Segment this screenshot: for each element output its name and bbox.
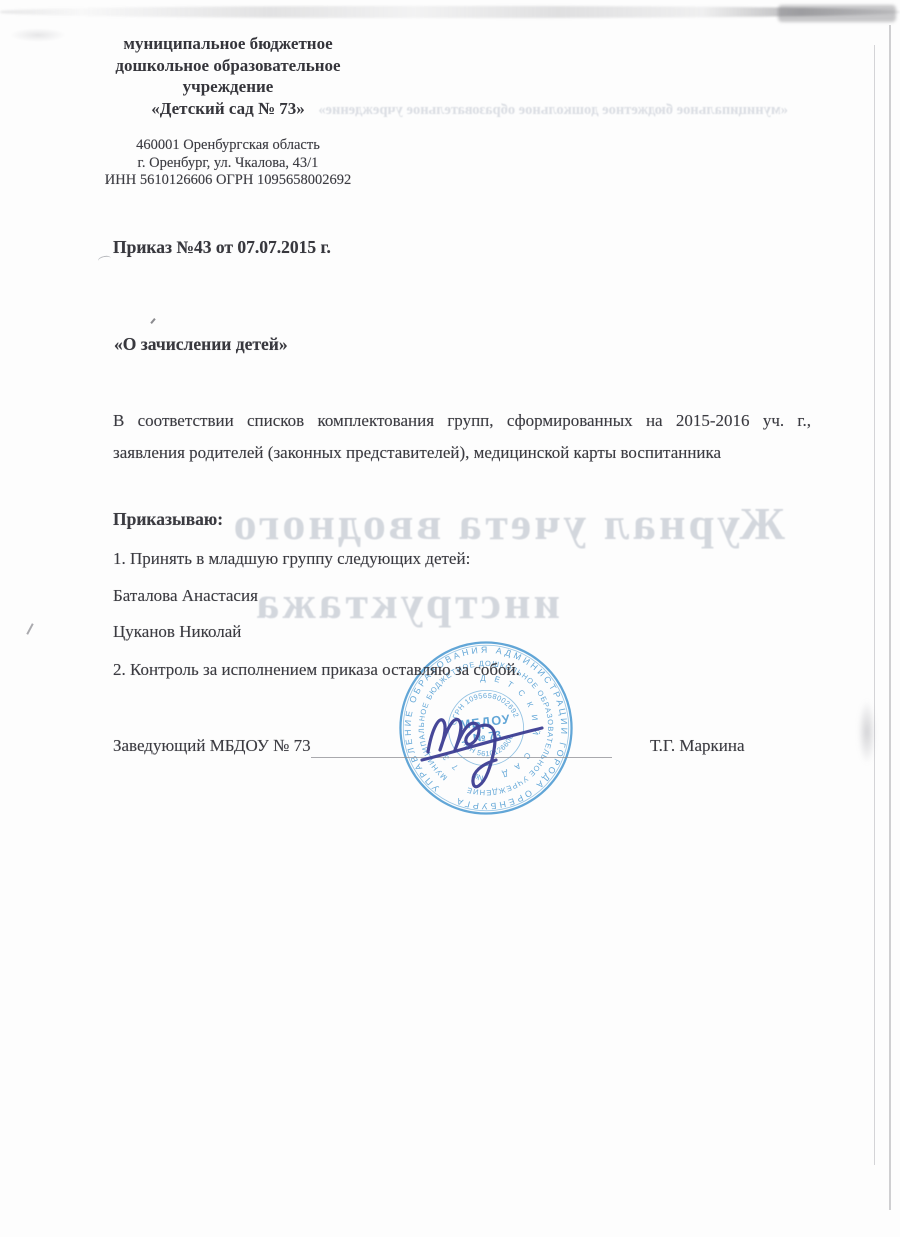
ink-noise-mark <box>26 623 33 635</box>
signatory-position: Заведующий МБДОУ № 73 <box>113 736 311 756</box>
signatory-name: Т.Г. Маркина <box>650 736 745 756</box>
signature-cross-stroke <box>422 728 542 760</box>
handwritten-signature <box>410 672 560 807</box>
child-name: Баталова Анастасия <box>113 586 258 606</box>
scan-top-right-artifact <box>778 5 896 22</box>
scan-top-edge-artifact <box>0 6 900 18</box>
bleed-through-title-line1: Журнал учета вводного <box>215 497 785 550</box>
directive-heading: Приказываю: <box>113 509 223 530</box>
ink-noise-mark <box>150 318 155 324</box>
paper-fold-line <box>874 45 875 1165</box>
ink-noise-mark <box>97 255 111 265</box>
bleed-through-title-line2: инструктажа <box>215 576 560 629</box>
org-name-line: дошкольное образовательное <box>88 55 368 77</box>
org-address-line: г. Оренбург, ул. Чкалова, 43/1 <box>63 155 393 173</box>
order-subject: «О зачислении детей» <box>114 334 288 355</box>
child-name: Цуканов Николай <box>113 622 241 642</box>
org-name-line: учреждение <box>88 76 368 98</box>
org-name-line: муниципальное бюджетное <box>88 33 368 55</box>
order-preamble: В соответствии списков комплектования гр… <box>113 405 811 469</box>
order-item-1: 1. Принять в младшую группу следующих де… <box>113 549 470 569</box>
signature-stroke <box>428 719 496 786</box>
scan-smudge <box>10 28 66 42</box>
order-title: Приказ №43 от 07.07.2015 г. <box>113 237 331 258</box>
org-address-block: 460001 Оренбургская область г. Оренбург,… <box>63 137 393 190</box>
paper-fold-smudge <box>858 700 876 764</box>
org-address-line: 460001 Оренбургская область <box>63 137 393 155</box>
bleed-through-header-text: «муниципальное бюджетное дошкольное обра… <box>288 102 788 119</box>
preamble-line: заявления родителей (законных представит… <box>113 437 811 469</box>
org-address-line: ИНН 5610126606 ОГРН 1095658002692 <box>63 172 393 190</box>
scan-right-edge-artifact <box>889 25 891 1210</box>
preamble-line: В соответствии списков комплектования гр… <box>113 405 811 437</box>
scanned-order-document: «муниципальное бюджетное дошкольное обра… <box>0 0 900 1237</box>
